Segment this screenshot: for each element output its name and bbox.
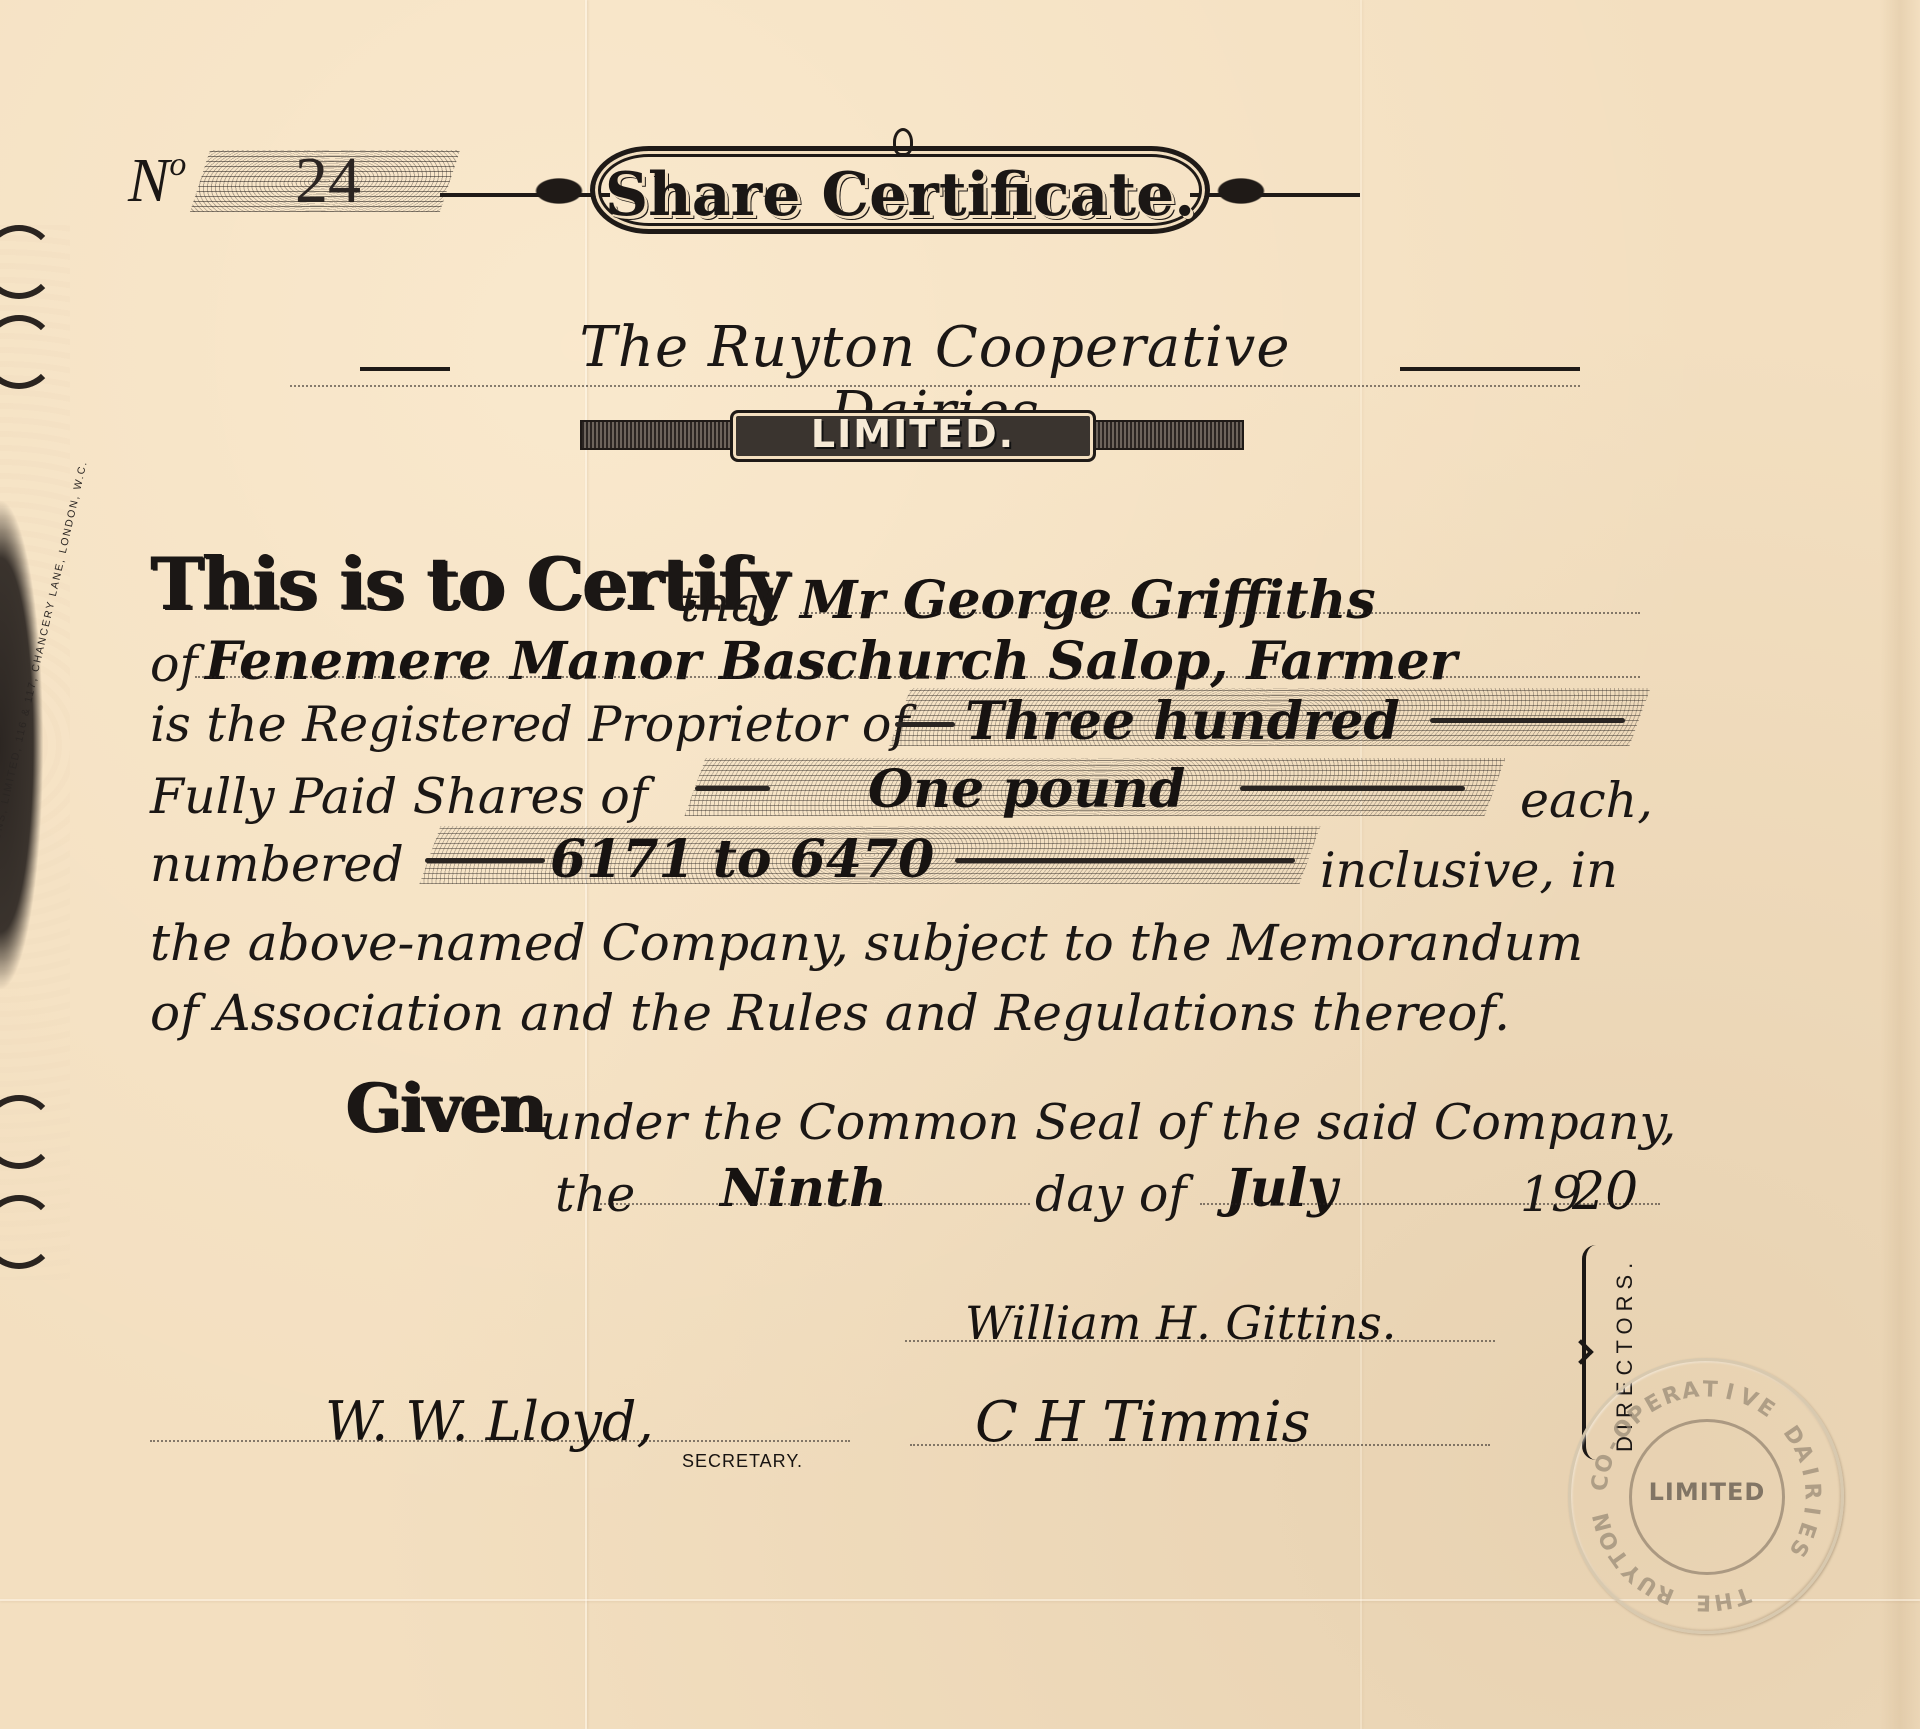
given-heading: Given bbox=[345, 1075, 545, 1141]
dotted-line bbox=[600, 1203, 1030, 1205]
scroll-ornament-icon bbox=[0, 1095, 56, 1169]
dash bbox=[1240, 786, 1465, 791]
scroll-ornament-icon bbox=[0, 225, 56, 299]
title-cartouche: Share Certificate. bbox=[440, 128, 1360, 246]
share-numbers: 6171 to 6470 bbox=[550, 834, 934, 886]
printed-text: of bbox=[150, 640, 198, 689]
dash bbox=[895, 722, 955, 727]
scroll-ornament-icon bbox=[0, 1195, 56, 1269]
dotted-line bbox=[800, 612, 1640, 614]
scroll-ornament-icon bbox=[0, 315, 56, 389]
printed-text: is the Registered Proprietor of bbox=[150, 700, 910, 749]
printed-text: of Association and the Rules and Regulat… bbox=[150, 988, 1510, 1038]
secretary-label: SECRETARY. bbox=[682, 1451, 803, 1472]
printed-text: under the Common Seal of the said Compan… bbox=[540, 1098, 1676, 1147]
seal-ring-text: THE RUYTON CO-OPERATIVE DAIRIES bbox=[1571, 1361, 1841, 1631]
dotted-line bbox=[150, 1440, 850, 1442]
printed-text: the above-named Company, subject to the … bbox=[150, 918, 1583, 968]
finial-ornament-icon bbox=[893, 128, 913, 156]
dotted-line bbox=[910, 1444, 1490, 1446]
date-day: Ninth bbox=[720, 1163, 887, 1215]
share-count: Three hundred bbox=[965, 696, 1400, 748]
dotted-line bbox=[290, 385, 1580, 387]
dotted-line bbox=[195, 676, 1640, 678]
dash bbox=[695, 786, 770, 791]
page-title: Share Certificate. bbox=[440, 160, 1360, 230]
share-value: One pound bbox=[868, 764, 1185, 816]
dash bbox=[1430, 718, 1625, 723]
director-signature-2: C H Timmis bbox=[975, 1395, 1310, 1451]
printed-text: the bbox=[555, 1170, 635, 1219]
dotted-line bbox=[905, 1340, 1495, 1342]
printed-text: each, bbox=[1520, 776, 1653, 825]
rule-left bbox=[360, 367, 450, 371]
embossed-company-seal: LIMITED THE RUYTON CO-OPERATIVE DAIRIES bbox=[1568, 1358, 1844, 1634]
limited-banner: LIMITED. bbox=[580, 410, 1240, 456]
printed-text: numbered bbox=[150, 840, 404, 889]
printed-text: Fully Paid Shares of bbox=[150, 772, 648, 821]
year-suffix: 20 bbox=[1572, 1166, 1638, 1218]
rule-right bbox=[1400, 367, 1580, 371]
number-label: No bbox=[128, 150, 186, 212]
printed-text: that bbox=[680, 580, 780, 629]
date-month: July bbox=[1225, 1163, 1337, 1215]
certificate-number: 24 bbox=[295, 148, 361, 214]
dash bbox=[425, 858, 545, 863]
dash bbox=[955, 858, 1295, 863]
company-suffix: LIMITED. bbox=[730, 412, 1096, 456]
holder-name: Mr George Griffiths bbox=[800, 575, 1376, 627]
printed-text: inclusive, in bbox=[1320, 846, 1618, 895]
holder-address: Fenemere Manor Baschurch Salop, Farmer bbox=[205, 636, 1457, 688]
printed-text: day of bbox=[1035, 1170, 1186, 1219]
